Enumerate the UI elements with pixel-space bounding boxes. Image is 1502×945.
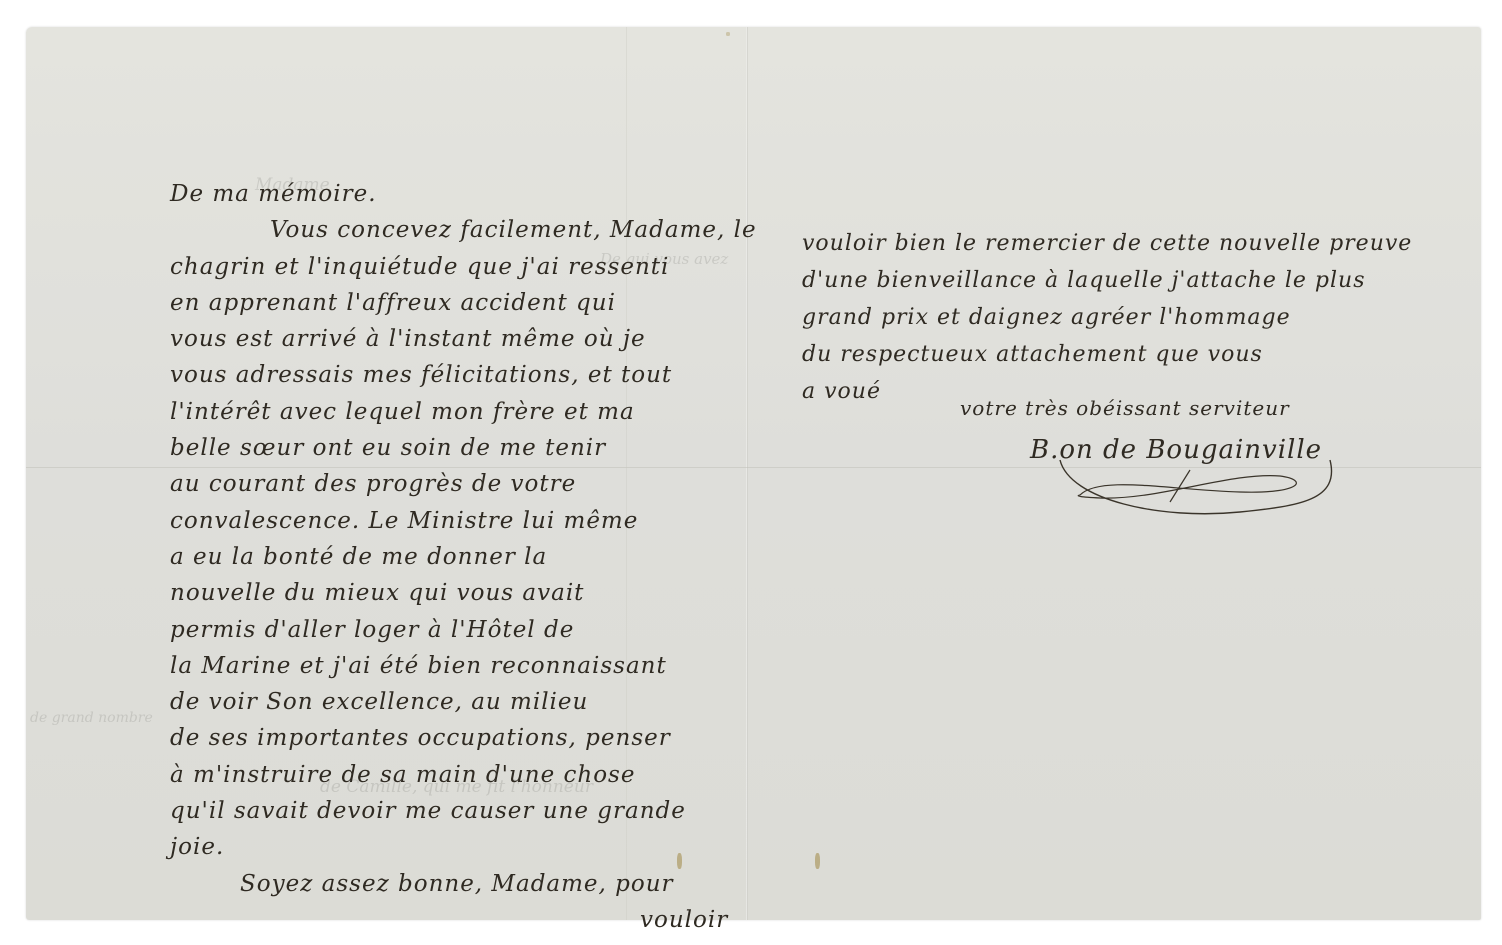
- letter-line: chagrin et l'inquiétude que j'ai ressent…: [170, 249, 757, 285]
- letter-line: en apprenant l'affreux accident qui: [170, 285, 757, 321]
- letter-line: vouloir bien le remercier de cette nouve…: [802, 225, 1412, 262]
- letter-line: d'une bienveillance à laquelle j'attache…: [802, 262, 1412, 299]
- letter-line: vous adressais mes félicitations, et tou…: [170, 357, 757, 393]
- right-page-text: vouloir bien le remercier de cette nouve…: [802, 225, 1412, 410]
- letter-line: qu'il savait devoir me causer une grande: [170, 793, 757, 829]
- letter-line: au courant des progrès de votre: [170, 466, 757, 502]
- stain-mark: [815, 853, 820, 869]
- letter-line: grand prix et daignez agréer l'hommage: [802, 299, 1412, 336]
- stain-mark: [726, 32, 730, 36]
- letter-line: vous est arrivé à l'instant même où je: [170, 321, 757, 357]
- letter-line: convalescence. Le Ministre lui même: [170, 503, 757, 539]
- catchword: vouloir: [170, 902, 757, 938]
- letter-line: du respectueux attachement que vous: [802, 336, 1412, 373]
- letter-line: joie.: [170, 829, 757, 865]
- letter-line: De ma mémoire.: [170, 176, 757, 212]
- letter-line: Soyez assez bonne, Madame, pour: [170, 866, 757, 902]
- letter-line: nouvelle du mieux qui vous avait: [170, 575, 757, 611]
- bleed-through-text: de grand nombre: [30, 710, 153, 726]
- letter-line: la Marine et j'ai été bien reconnaissant: [170, 648, 757, 684]
- letter-line: l'intérêt avec lequel mon frère et ma: [170, 394, 757, 430]
- letter-line: de voir Son excellence, au milieu: [170, 684, 757, 720]
- signature-flourish: [1040, 440, 1360, 530]
- closing-line: votre très obéissant serviteur: [960, 390, 1290, 426]
- letter-line: permis d'aller loger à l'Hôtel de: [170, 612, 757, 648]
- left-page-text: De ma mémoire. Vous concevez facilement,…: [170, 176, 757, 938]
- letter-line: de ses importantes occupations, penser: [170, 720, 757, 756]
- letter-line: Vous concevez facilement, Madame, le: [170, 212, 757, 248]
- letter-line: belle sœur ont eu soin de me tenir: [170, 430, 757, 466]
- letter-line: à m'instruire de sa main d'une chose: [170, 757, 757, 793]
- letter-line: a eu la bonté de me donner la: [170, 539, 757, 575]
